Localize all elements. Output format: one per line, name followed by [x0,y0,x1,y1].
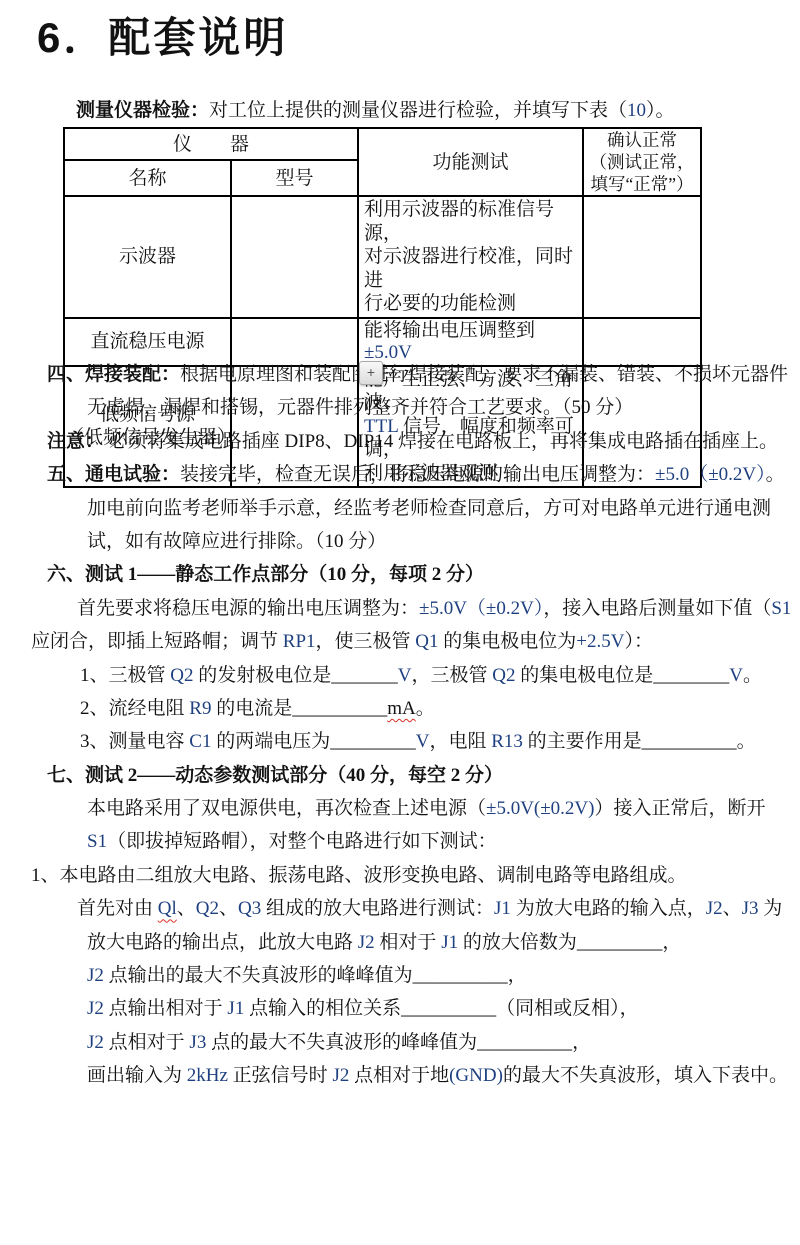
doc-line: 加电前向监考老师举手示意，经监考老师检查同意后，方可对电路单元进行通电测 [0,492,800,525]
document-page: 6．配套说明 测量仪器检验：对工位上提供的测量仪器进行检验，并填写下表（10）。… [0,0,800,1245]
table-header-confirm-normal: 确认正常 （测试正常， 填写“正常”） [583,128,701,196]
page-title: 6．配套说明 [37,12,288,64]
table-row: 示波器 利用示波器的标准信号源， 对示波器进行校准，同时进 行必要的功能检测 [64,196,701,318]
cell-function-test: 利用示波器的标准信号源， 对示波器进行校准，同时进 行必要的功能检测 [358,196,583,318]
cell-confirm-blank [583,196,701,318]
cell-instrument-name: 示波器 [64,196,231,318]
doc-line: 首先要求将稳压电源的输出电压调整为：±5.0V（±0.2V），接入电路后测量如下… [0,592,800,625]
document-body: 四、焊接装配：根据电原理图和装配图进行焊接装配。要求不漏装、错装、不损坏元器件 … [0,358,800,1093]
doc-line: 试，如有故障应进行排除。（10 分） [0,525,800,558]
zoom-in-button[interactable]: + [359,361,383,385]
doc-line: J2 点输出的最大不失真波形的峰峰值为__________， [0,959,800,992]
doc-line: 六、测试 1——静态工作点部分（10 分，每项 2 分） [0,558,800,591]
table-header-function-test: 功能测试 [358,128,583,196]
doc-line: 无虚焊，漏焊和搭锡，元器件排列整齐并符合工艺要求。（50 分） [0,391,800,424]
table-header-name: 名称 [64,160,231,196]
doc-line: 2、流经电阻 R9 的电流是__________mA。 [0,692,800,725]
doc-line: 画出输入为 2kHz 正弦信号时 J2 点相对于地(GND)的最大不失真波形，填… [0,1059,800,1092]
doc-line: S1（即拔掉短路帽），对整个电路进行如下测试： [0,825,800,858]
cell-model-blank [231,196,358,318]
doc-line: 本电路采用了双电源供电，再次检查上述电源（±5.0V(±0.2V)）接入正常后，… [0,792,800,825]
doc-line: 放大电路的输出点，此放大电路 J2 相对于 J1 的放大倍数为_________… [0,926,800,959]
doc-line: 七、测试 2——动态参数测试部分（40 分，每空 2 分） [0,759,800,792]
doc-line: 应闭合，即插上短路帽；调节 RP1，使三极管 Q1 的集电极电位为+2.5V）： [0,625,800,658]
table-header-model: 型号 [231,160,358,196]
doc-line: 1、三极管 Q2 的发射极电位是_______V，三极管 Q2 的集电极电位是_… [0,659,800,692]
doc-line: 1、本电路由二组放大电路、振荡电路、波形变换电路、调制电路等电路组成。 [0,859,800,892]
doc-line: 首先对由 Ql、Q2、Q3 组成的放大电路进行测试：J1 为放大电路的输入点，J… [0,892,800,925]
doc-line: 五、通电试验：装接完毕，检查无误后，将稳压电源的输出电压调整为：±5.0（±0.… [0,458,800,491]
doc-line: 注意： 必须将集成电路插座 DIP8、DIP14 焊接在电路板上，再将集成电路插… [0,425,800,458]
doc-line: 四、焊接装配：根据电原理图和装配图进行焊接装配。要求不漏装、错装、不损坏元器件 [0,358,800,391]
doc-line: J2 点输出相对于 J1 点输入的相位关系__________（同相或反相）， [0,992,800,1025]
doc-line: 3、测量电容 C1 的两端电压为_________V，电阻 R13 的主要作用是… [0,725,800,758]
doc-line: J2 点相对于 J3 点的最大不失真波形的峰峰值为__________， [0,1026,800,1059]
table-header-instrument: 仪 器 [64,128,358,160]
intro-line: 测量仪器检验：对工位上提供的测量仪器进行检验，并填写下表（10）。 [76,95,675,122]
